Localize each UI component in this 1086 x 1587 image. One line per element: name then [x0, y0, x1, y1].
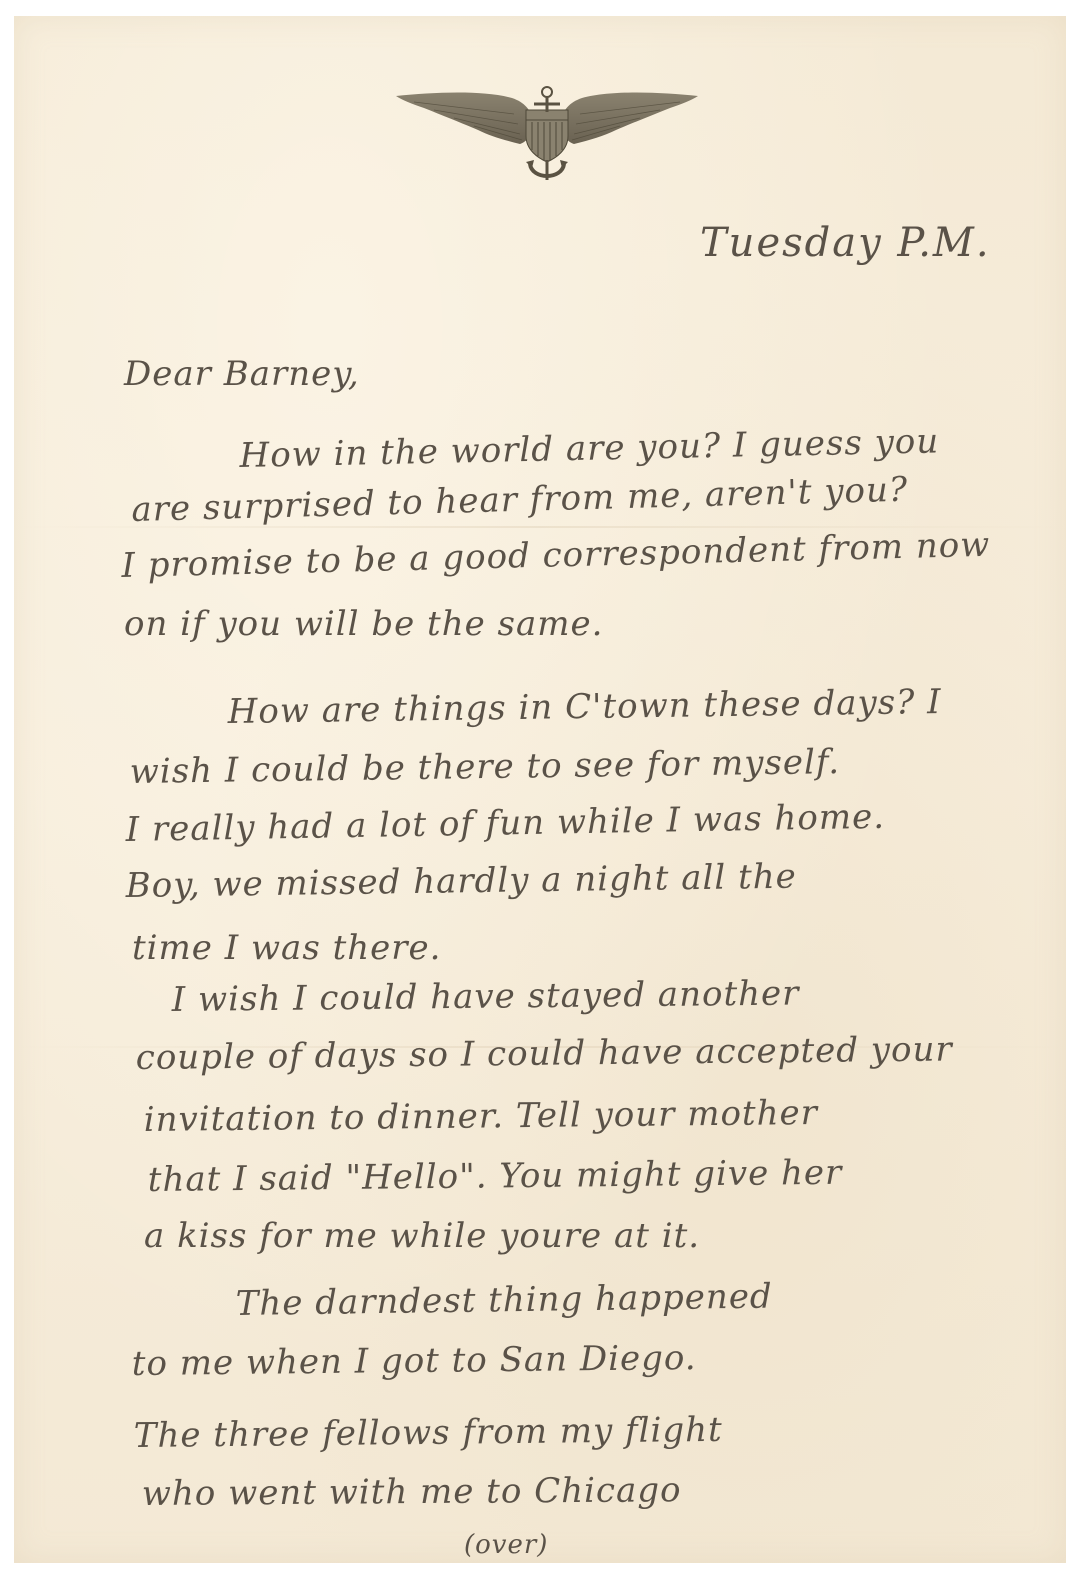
letter-line: who went with me to Chicago	[142, 1470, 682, 1514]
letter-line: that I said "Hello". You might give her	[148, 1153, 843, 1200]
letter-line: to me when I got to San Diego.	[132, 1338, 697, 1384]
letter-line: I wish I could have stayed another	[172, 973, 800, 1020]
letter-line: The darndest thing happened	[235, 1277, 773, 1324]
letter-line: a kiss for me while youre at it.	[144, 1216, 700, 1256]
salutation: Dear Barney,	[124, 354, 360, 394]
date-line: Tuesday P.M.	[700, 220, 991, 266]
letter-line: time I was there.	[132, 928, 441, 968]
over-note: (over)	[464, 1530, 548, 1560]
letter-line: invitation to dinner. Tell your mother	[144, 1093, 819, 1140]
letter-line: on if you will be the same.	[124, 604, 603, 644]
letter-line: couple of days so I could have accepted …	[136, 1029, 953, 1078]
naval-wings-emblem-icon	[394, 84, 700, 190]
letter-line: The three fellows from my flight	[134, 1410, 723, 1456]
